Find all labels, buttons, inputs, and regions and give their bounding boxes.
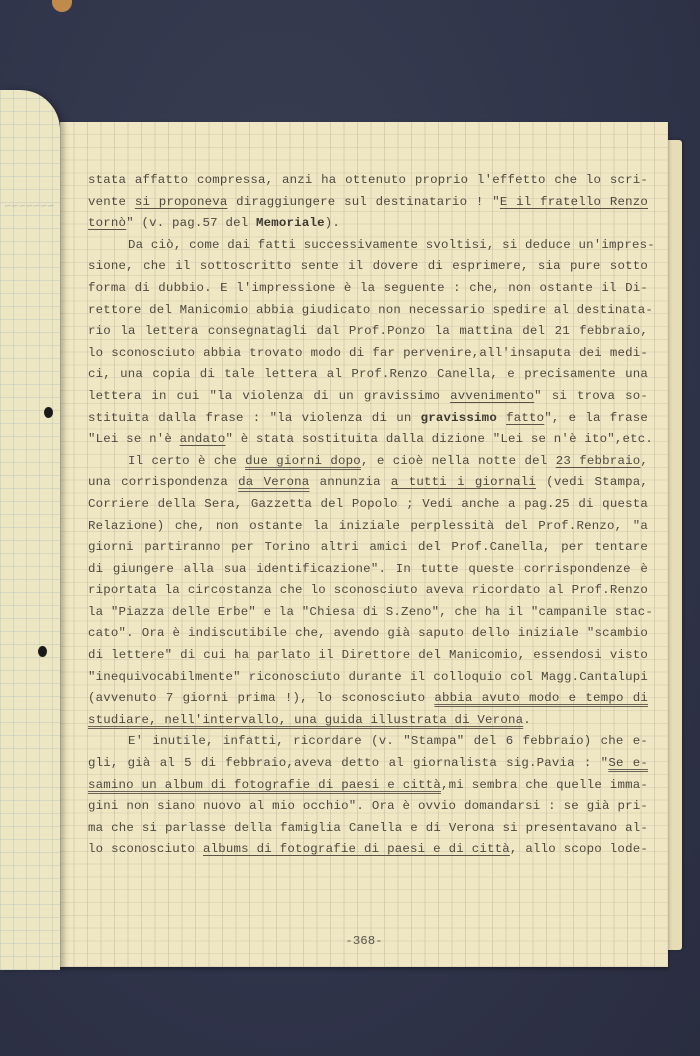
underlined-phrase: si proponeva bbox=[135, 195, 228, 209]
text-line: tornò" (v. pag.57 del Memoriale). bbox=[88, 213, 648, 235]
paragraph-start: Da ciò, come dai fatti successivamente s… bbox=[88, 235, 648, 257]
text-line: stata affatto compressa, anzi ha ottenut… bbox=[88, 170, 648, 192]
text-line: riportata la circostanza che lo sconosci… bbox=[88, 580, 648, 602]
text-line: la "Piazza delle Erbe" e la "Chiesa di S… bbox=[88, 602, 648, 624]
text-line: (avvenuto 7 giorni prima !), lo sconosci… bbox=[88, 688, 648, 710]
text-line: cato". Ora è indiscutibile che, avendo g… bbox=[88, 623, 648, 645]
punch-hole-lower bbox=[38, 646, 47, 657]
typewritten-page: stata affatto compressa, anzi ha ottenut… bbox=[60, 122, 668, 967]
text-line: rettore del Manicomio abbia giudicato no… bbox=[88, 300, 648, 322]
text-line: studiare, nell'intervallo, una guida ill… bbox=[88, 710, 648, 732]
text-line: gli, già al 5 di febbraio,aveva detto al… bbox=[88, 753, 648, 775]
text-line: lettera in cui "la violenza di un gravis… bbox=[88, 386, 648, 408]
text-line: di giungere alla sua identificazione". I… bbox=[88, 559, 648, 581]
text-line: sione, che il sottoscritto sente il dove… bbox=[88, 256, 648, 278]
text-line: gini non siano nuovo al mio occhio". Ora… bbox=[88, 796, 648, 818]
text-line: vente si proponeva diraggiungere sul des… bbox=[88, 192, 648, 214]
text-line: di lettere" di cui ha parlato il Diretto… bbox=[88, 645, 648, 667]
paragraph-start: E' inutile, infatti, ricordare (v. "Stam… bbox=[88, 731, 648, 753]
text-line: "inequivocabilmente" riconosciuto durant… bbox=[88, 667, 648, 689]
text-line: lo sconosciuto abbia trovato modo di far… bbox=[88, 343, 648, 365]
text-line: "Lei se n'è andato" è stata sostituita d… bbox=[88, 429, 648, 451]
text-line: Corriere della Sera, Gazzetta del Popolo… bbox=[88, 494, 648, 516]
text-line: lo sconosciuto albums di fotografie di p… bbox=[88, 839, 648, 861]
punch-hole-upper bbox=[44, 407, 53, 418]
text-line: ci, una copia di tale lettera al Prof.Re… bbox=[88, 364, 648, 386]
text-line: rio la lettera consegnatagli dal Prof.Po… bbox=[88, 321, 648, 343]
binder-clip bbox=[52, 0, 72, 12]
bleed-through-text: ~~~~~~~ bbox=[4, 200, 54, 214]
paragraph-start: Il certo è che due giorni dopo, e cioè n… bbox=[88, 451, 648, 473]
page-body: stata affatto compressa, anzi ha ottenut… bbox=[88, 170, 648, 861]
text-line: ma che si parlasse della famiglia Canell… bbox=[88, 818, 648, 840]
text-line: Relazione) che, non ostante la iniziale … bbox=[88, 516, 648, 538]
underlined-quote: E il fratello Renzo bbox=[500, 195, 648, 209]
text-line: samino un album di fotografie di paesi e… bbox=[88, 775, 648, 797]
text-line: forma di dubbio. E l'impressione è la se… bbox=[88, 278, 648, 300]
text-line: una corrispondenza da Verona annunzia a … bbox=[88, 472, 648, 494]
text-line: stituita dalla frase : "la violenza di u… bbox=[88, 408, 648, 430]
curled-previous-page: ~~~~~~~ bbox=[0, 90, 60, 970]
page-number: -368- bbox=[60, 934, 668, 948]
text-line: giorni partiranno per Torino altri amici… bbox=[88, 537, 648, 559]
